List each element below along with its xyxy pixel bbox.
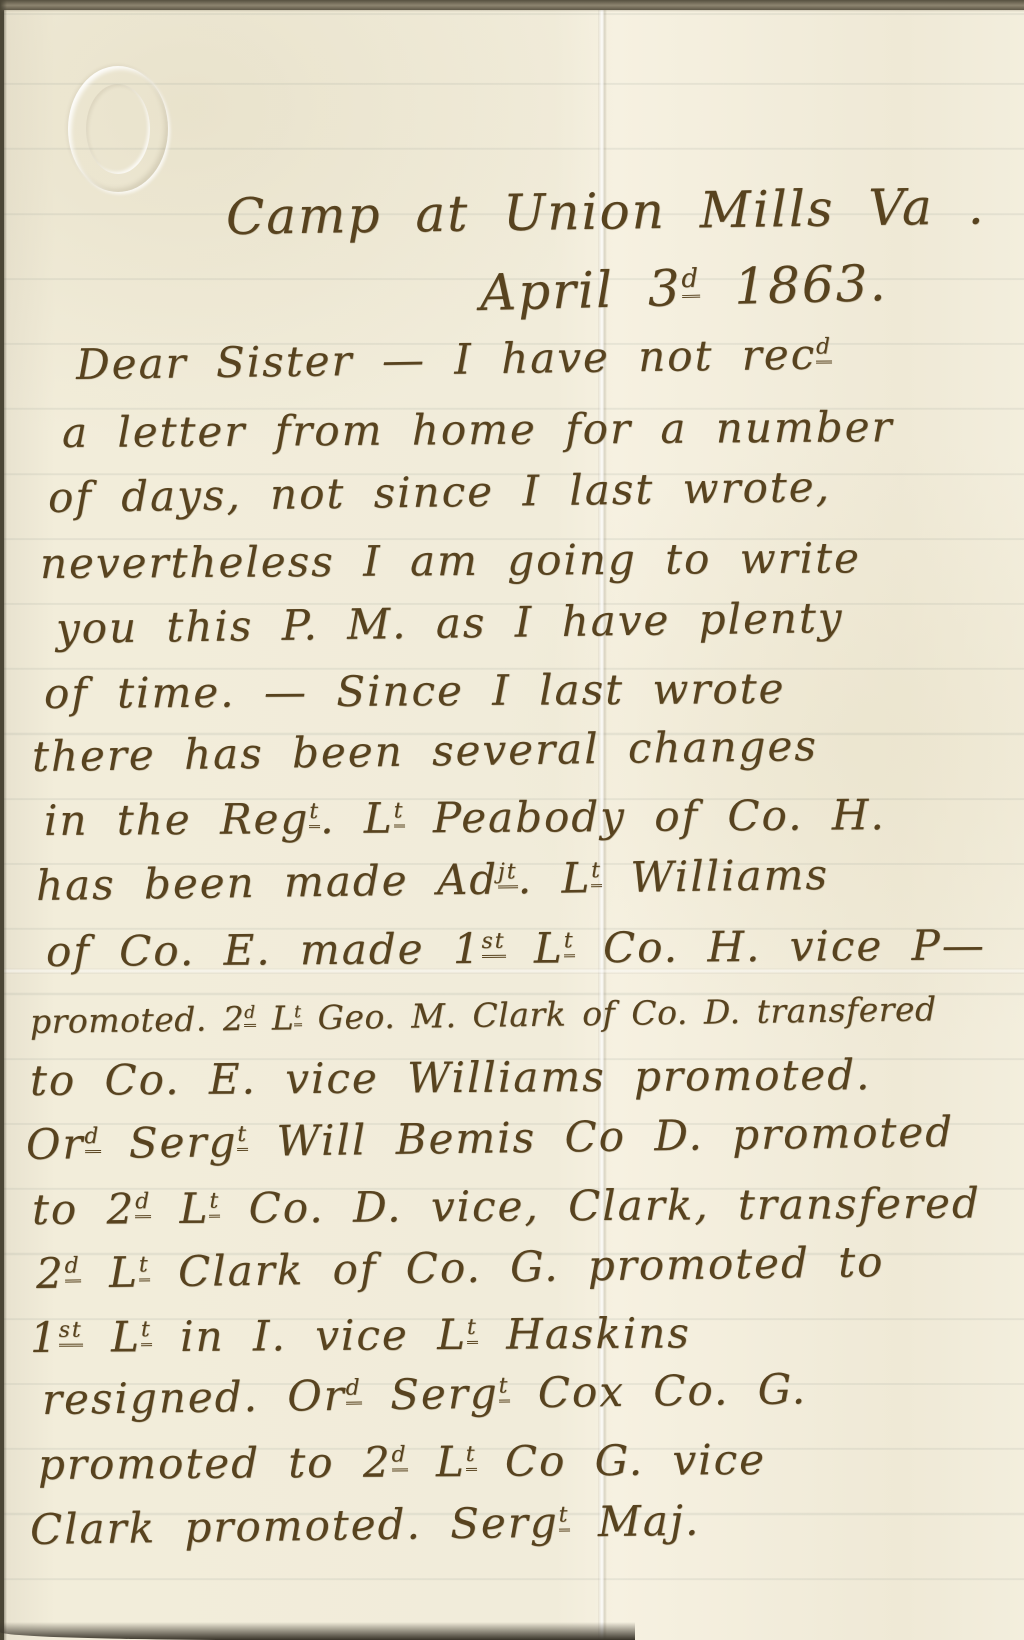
letter-line: nevertheless I am going to write [40,533,861,588]
letter-page: Camp at Union Mills Va . April 3d 1863. … [4,10,1024,1640]
letter-line: promoted to 2d Lt Co G. vice [38,1435,766,1489]
letter-line: Dear Sister — I have not recd [76,329,833,389]
letter-line: of Co. E. made 1st Lt Co. H. vice P— [46,920,986,976]
scan-edge-top [0,0,1024,12]
letter-line: a letter from home for a number [62,402,894,457]
letter-line: of days, not since I last wrote, [48,462,832,522]
scan-edge-bottom [0,1620,635,1640]
letter-line: in the Regt. Lt Peabody of Co. H. [44,790,886,845]
letter-line: there has been several changes [32,721,819,781]
letter-line: Clark promoted. Sergt Maj. [30,1496,701,1554]
dateline-location: Camp at Union Mills Va . [226,177,986,246]
embossed-seal-icon [68,66,168,192]
letter-line: 2d Lt Clark of Co. G. promoted to [36,1237,885,1298]
letter-line: 1st Lt in I. vice Lt Haskins [30,1308,691,1362]
letter-line: to 2d Lt Co. D. vice, Clark, transfered [32,1178,981,1234]
letter-line: to Co. E. vice Williams promoted. [30,1050,872,1105]
letter-line: promoted. 2d Lt Geo. M. Clark of Co. D. … [30,989,937,1041]
dateline-date: April 3d 1863. [479,254,888,322]
letter-line: has been made Adjt. Lt Williams [36,850,830,910]
letter-scan: Camp at Union Mills Va . April 3d 1863. … [0,0,1024,1640]
letter-line: of time. — Since I last wrote [44,664,786,718]
letter-line: Ord Sergt Will Bemis Co D. promoted [26,1107,955,1169]
scan-edge-left [0,0,7,1640]
letter-line: resigned. Ord Sergt Cox Co. G. [42,1364,808,1424]
letter-line: you this P. M. as I have plenty [56,593,844,653]
